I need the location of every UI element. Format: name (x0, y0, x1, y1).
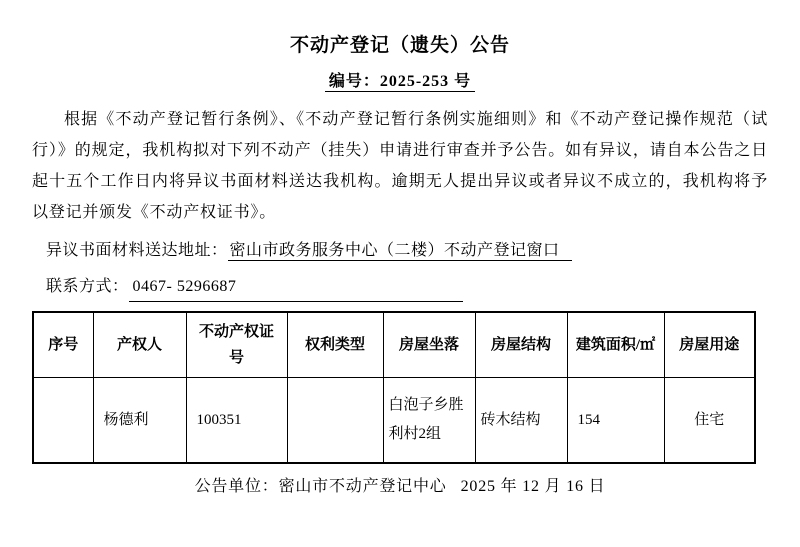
address-label: 异议书面材料送达地址： (46, 242, 228, 259)
header-serial-number: 序号 (33, 312, 93, 378)
footer-line: 公告单位：密山市不动产登记中心2025 年 12 月 16 日 (32, 475, 768, 499)
header-house-usage: 房屋用途 (664, 312, 755, 378)
cell-owner: 杨德利 (93, 378, 186, 464)
footer-unit: 公告单位：密山市不动产登记中心 (195, 478, 447, 495)
header-house-location: 房屋坐落 (383, 312, 475, 378)
cell-house-structure: 砖木结构 (475, 378, 567, 464)
header-house-structure: 房屋结构 (475, 312, 567, 378)
contact-value: 0467- 5296687 (129, 273, 463, 302)
table-row: 杨德利 100351 白泡子乡胜利村2组 砖木结构 154 住宅 (33, 378, 755, 464)
header-certificate-number: 不动产权证号 (186, 312, 287, 378)
announcement-page: 不动产登记（遗失）公告 编号：2025-253 号 根据《不动产登记暂行条例》、… (0, 0, 800, 547)
contact-label: 联系方式： (46, 278, 129, 295)
doc-number: 编号：2025-253 号 (325, 73, 475, 92)
address-value: 密山市政务服务中心（二楼）不动产登记窗口 (228, 242, 572, 261)
notice-body-paragraph: 根据《不动产登记暂行条例》、《不动产登记暂行条例实施细则》和《不动产登记操作规范… (32, 104, 768, 228)
header-building-area: 建筑面积/㎡ (567, 312, 664, 378)
cell-certificate-number: 100351 (186, 378, 287, 464)
property-table: 序号 产权人 不动产权证号 权利类型 房屋坐落 房屋结构 建筑面积/㎡ 房屋用途… (32, 311, 756, 464)
doc-number-row: 编号：2025-253 号 (32, 71, 768, 93)
cell-serial-number (33, 378, 93, 464)
cell-house-location: 白泡子乡胜利村2组 (383, 378, 475, 464)
header-right-type: 权利类型 (287, 312, 383, 378)
contact-line: 联系方式：0467- 5296687 (32, 273, 768, 302)
table-header-row: 序号 产权人 不动产权证号 权利类型 房屋坐落 房屋结构 建筑面积/㎡ 房屋用途 (33, 312, 755, 378)
cell-building-area: 154 (567, 378, 664, 464)
cell-house-usage: 住宅 (664, 378, 755, 464)
page-title: 不动产登记（遗失）公告 (32, 34, 768, 58)
footer-date: 2025 年 12 月 16 日 (461, 478, 606, 495)
cell-right-type (287, 378, 383, 464)
header-owner: 产权人 (93, 312, 186, 378)
address-line: 异议书面材料送达地址：密山市政务服务中心（二楼）不动产登记窗口 (32, 237, 768, 264)
